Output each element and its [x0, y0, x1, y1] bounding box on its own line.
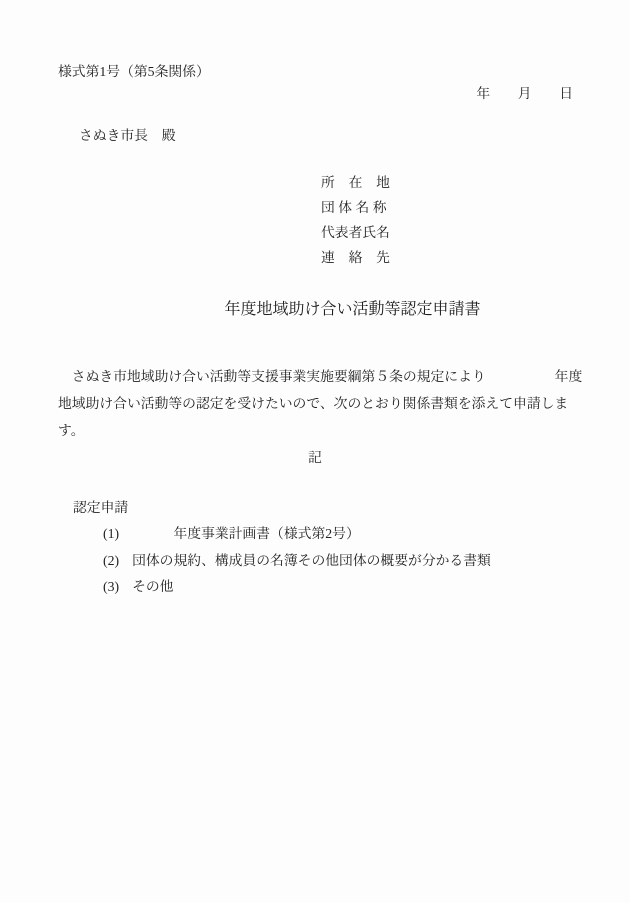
ki-marker: 記 — [0, 450, 630, 467]
application-form-page: 様式第1号（第5条関係） 年 月 日 さぬき市長 殿 所 在 地 団 体 名 称… — [0, 0, 630, 903]
item-number: (3) — [103, 574, 119, 601]
attachments-heading: 認定申請 — [73, 500, 128, 517]
field-label-location: 所 在 地 — [321, 170, 390, 195]
attachment-list: (1) 年度事業計画書（様式第2号） (2)団体の規約、構成員の名簿その他団体の… — [103, 521, 491, 601]
item-text: 団体の規約、構成員の名簿その他団体の概要が分かる書類 — [132, 553, 491, 568]
addressee: さぬき市長 殿 — [79, 128, 176, 145]
item-number: (2) — [103, 548, 119, 575]
document-title: 年度地域助け合い活動等認定申請書 — [224, 301, 480, 318]
item-text: 年度事業計画書（様式第2号） — [132, 526, 360, 541]
list-item-3: (3)その他 — [103, 574, 491, 601]
item-number: (1) — [103, 521, 119, 548]
list-item-2: (2)団体の規約、構成員の名簿その他団体の概要が分かる書類 — [103, 548, 491, 575]
form-number: 様式第1号（第5条関係） — [58, 64, 210, 81]
item-text: その他 — [132, 579, 173, 594]
field-label-representative: 代表者氏名 — [321, 220, 390, 245]
list-item-1: (1) 年度事業計画書（様式第2号） — [103, 521, 491, 548]
field-label-contact: 連 絡 先 — [321, 245, 390, 270]
field-label-org-name: 団 体 名 称 — [321, 195, 390, 220]
date-line: 年 月 日 — [476, 86, 573, 103]
body-paragraph: さぬき市地域助け合い活動等支援事業実施要綱第５条の規定により 年度 地域助け合い… — [58, 363, 606, 444]
fiscal-year-blank — [149, 313, 224, 314]
applicant-info-block: 所 在 地 団 体 名 称 代表者氏名 連 絡 先 — [321, 170, 390, 270]
document-title-line: 年度地域助け合い活動等認定申請書 — [0, 300, 630, 320]
